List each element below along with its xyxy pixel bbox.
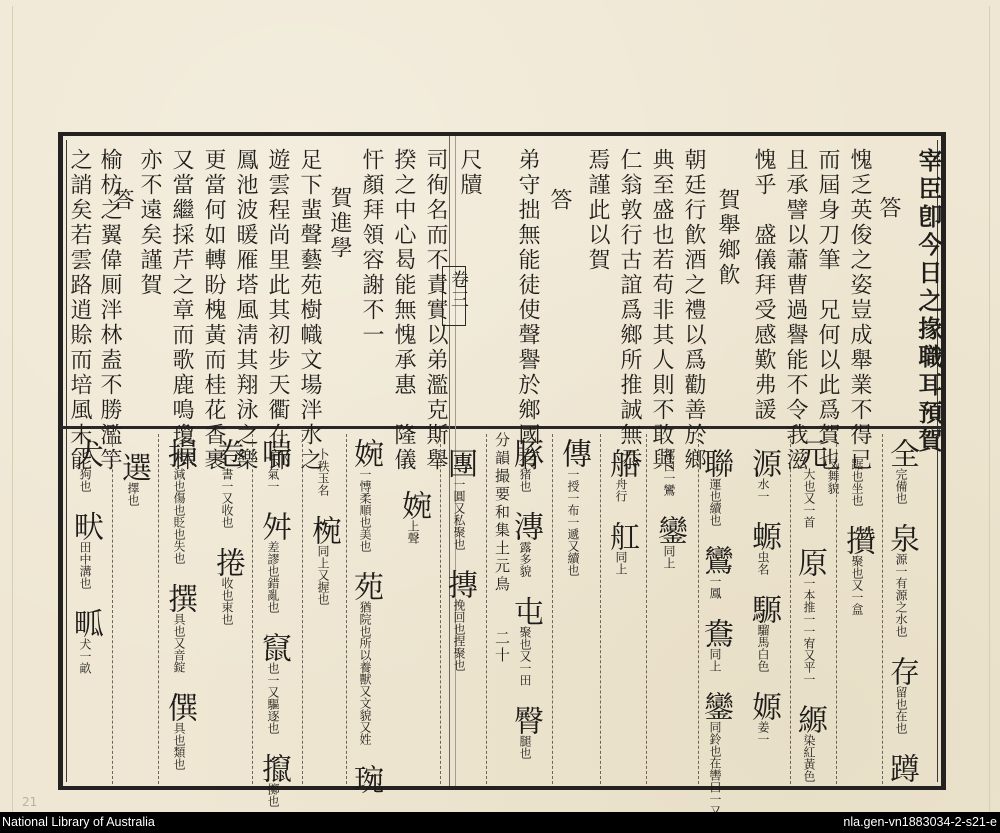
- text-column: 遊雲程尚里此其初步天衢在郎: [266, 148, 288, 473]
- gloss: 書一又收也: [220, 468, 233, 528]
- gloss: 田中溝也: [78, 541, 91, 589]
- text-column: 更當何如轉盼槐黃而桂花香裹: [202, 148, 224, 473]
- gloss: 一鳳: [708, 575, 721, 599]
- gloss: 運也續也: [708, 478, 721, 526]
- headword: 卷: [210, 438, 245, 468]
- text-column: 弟守拙無能徒使聲譽於鄉國有: [516, 148, 538, 473]
- gloss: 聚也又一田: [518, 626, 531, 686]
- gloss: 同上: [708, 648, 721, 672]
- gloss: 差謬也錯亂也: [266, 541, 279, 613]
- gloss: 踞也坐也: [850, 458, 863, 506]
- gloss: 駕曰一鸞: [662, 448, 675, 496]
- dictionary-column: 婉一愽柔順也美也 苑猶院也所以養獸又文貌又姓 琬: [350, 438, 380, 794]
- column-rule: [790, 434, 791, 784]
- column-rule: [440, 434, 441, 784]
- text-column: 賀進學: [328, 186, 350, 261]
- headword: 僎: [162, 692, 197, 722]
- headword: 喘: [256, 438, 291, 468]
- gloss: 也一又驅逐也: [266, 662, 279, 734]
- item-identifier: nla.gen-vn1883034-2-s21-e: [843, 815, 997, 829]
- column-rule: [252, 434, 253, 784]
- gloss: 卜秩玉名: [316, 448, 329, 496]
- column-rule: [486, 434, 487, 784]
- text-column: 愧乎 盛儀拜受感歎弗諼: [752, 148, 774, 423]
- gloss: 露多貌: [518, 541, 531, 577]
- dictionary-column: 全完備也 泉源一有源之水也 存留也在也 蹲: [886, 438, 916, 783]
- text-column: 之誚矣若雲路逍賒而培風未能: [68, 148, 90, 473]
- column-rule: [882, 434, 883, 784]
- gloss: 猪也: [518, 468, 531, 492]
- gloss: 一愽柔順也美也: [358, 468, 371, 552]
- gloss: 同上又握也: [316, 545, 329, 605]
- headword: 摶: [442, 569, 477, 599]
- gloss: 染紅黃色: [802, 734, 815, 782]
- column-rule: [302, 434, 303, 784]
- institution-credit: National Library of Australia: [2, 815, 155, 829]
- headword: 婉: [348, 438, 383, 468]
- text-column: 愧乏英俊之姿豈成舉業不得已: [848, 148, 870, 473]
- juan-marker: 卷三: [445, 270, 471, 310]
- gloss: 完備也: [894, 468, 907, 504]
- dictionary-column: 駕曰一鸞 鑾同上: [654, 448, 684, 569]
- headword: 騵: [746, 594, 781, 624]
- rhyme-header: 婉上聲: [398, 490, 428, 544]
- gloss: 舟行: [614, 478, 627, 502]
- text-column: 而屆身刀筆 兄何以此爲賀也: [816, 148, 838, 473]
- gloss: 同上: [662, 545, 675, 569]
- headword: 船: [604, 448, 639, 478]
- text-column: 賀舉鄉飮: [716, 188, 738, 288]
- headword: 存: [884, 656, 919, 686]
- dictionary-column: 傳一授一布一遞又續也: [558, 438, 588, 576]
- text-column: 鳳池波暖雁塔風淸其翔泳之樂: [234, 148, 256, 473]
- text-column: 又當繼採芹之章而歌鹿鳴瓊林: [170, 148, 192, 473]
- column-rule: [646, 434, 647, 784]
- gloss: 留也在也: [894, 686, 907, 734]
- headword: 捲: [210, 547, 245, 577]
- headword: 屯: [508, 596, 543, 626]
- text-column: 足下蜚聲藝苑樹幟文場泮水之: [298, 148, 320, 473]
- dictionary-column: 卷書一又收也 捲收也束也: [212, 438, 242, 625]
- text-column: 揆之中心曷能無愧承惠 隆儀: [392, 148, 414, 473]
- dictionary-column: 元大也又一首 原一本推一一宥又平一 縓染紅黃色: [794, 438, 824, 782]
- headword: 琬: [348, 764, 383, 794]
- column-rule: [552, 434, 553, 784]
- gloss: 具也類也: [172, 722, 185, 770]
- gloss: 收也束也: [220, 577, 233, 625]
- text-column: 仁翁敦行古誼爲鄉所推誠無忝: [618, 148, 640, 473]
- column-rule: [600, 434, 601, 784]
- headword: 苑: [348, 571, 383, 601]
- column-rule: [698, 434, 699, 784]
- dictionary-column: 犬狗也 畎田中溝也 畖犬一畝: [70, 438, 100, 674]
- gloss: 腿也: [518, 735, 531, 759]
- footer-bar: National Library of Australia nla.gen-vn…: [0, 812, 1000, 833]
- column-rule: [346, 434, 347, 784]
- gloss: 猶院也所以養獸又文貌又姓: [358, 601, 371, 745]
- dictionary-column: 聯運也續也 鸞一鳳 鴦同上 鑾同鈴也在轡曰一又帝: [700, 448, 730, 829]
- headword: 縓: [792, 704, 827, 734]
- gloss: 擇也: [126, 482, 139, 506]
- headword: 泉: [884, 523, 919, 553]
- headword: 鸞: [698, 545, 733, 575]
- dictionary-column: 源水一 螈虫名 騵騮馬白色 嫄姜一: [748, 448, 778, 745]
- gloss: 姜一: [756, 721, 769, 745]
- gloss: 犬一畝: [78, 638, 91, 674]
- text-column: 尺牘: [458, 148, 480, 198]
- text-column: 朝廷行飮酒之禮以爲勸善於鄉: [682, 148, 704, 473]
- headword: 全: [884, 438, 919, 468]
- dictionary-column: 團一圓又私聚也 摶挽回也捏聚也: [444, 448, 474, 671]
- gloss: 一本推一一宥又平一: [802, 577, 815, 685]
- gloss: 減也傷也貶也失也: [172, 468, 185, 564]
- headword: 犬: [68, 438, 103, 468]
- headword: 螈: [746, 521, 781, 551]
- dictionary-column: 踞也坐也 攢聚也又一盒: [842, 458, 872, 615]
- gloss: 氣一: [266, 468, 279, 492]
- headword: 畖: [68, 608, 103, 638]
- headword: 嫄: [746, 691, 781, 721]
- gloss: 騮馬白色: [756, 624, 769, 672]
- gloss: 一授一布一遞又續也: [566, 468, 579, 576]
- headword: 攛: [256, 753, 291, 783]
- headword: 撰: [162, 583, 197, 613]
- text-column: 亦不遠矣謹賀: [138, 148, 160, 298]
- gloss: 水一: [756, 478, 769, 502]
- dictionary-column: 船舟行 舡同上: [606, 448, 636, 575]
- dictionary-column: 選擇也: [118, 452, 148, 506]
- text-column: 焉謹此以賀: [586, 148, 608, 273]
- column-rule: [158, 434, 159, 784]
- text-column: 榆枋之翼偉厠泮林盍不勝濫竽: [98, 148, 120, 473]
- headword: 元: [792, 438, 827, 468]
- headword: 蹲: [884, 753, 919, 783]
- dictionary-column: 損減也傷也貶也失也 撰具也又音錠 僎具也類也: [164, 438, 194, 770]
- text-column: 宰臣卽今日之掾職耳預賀: [916, 148, 940, 456]
- headword: 源: [746, 448, 781, 478]
- headword: 舡: [604, 521, 639, 551]
- headword: 竄: [256, 632, 291, 662]
- gloss: 挽回也捏聚也: [452, 599, 465, 671]
- gloss: 虫名: [756, 551, 769, 575]
- gloss: 擲也: [266, 783, 279, 807]
- gloss: 狗也: [78, 468, 91, 492]
- headword: 鑾: [652, 515, 687, 545]
- text-column: 答: [877, 196, 899, 221]
- headword: 婉: [396, 490, 431, 520]
- gloss: 一圓又私聚也: [452, 478, 465, 550]
- headword: 臀: [508, 705, 543, 735]
- gloss: 聚也又一盒: [850, 555, 863, 615]
- gloss: 具也又音錠: [172, 613, 185, 673]
- headword: 舛: [256, 511, 291, 541]
- headword: 鴦: [698, 618, 733, 648]
- column-rule: [112, 434, 113, 784]
- text-column: 答: [548, 188, 570, 213]
- headword: 椀: [306, 515, 341, 545]
- pencil-page-mark: 21: [22, 795, 37, 809]
- headword: 漙: [508, 511, 543, 541]
- headword: 豚: [508, 438, 543, 468]
- dictionary-column: 豚猪也 漙露多貌 屯聚也又一田 臀腿也: [510, 438, 540, 759]
- headword: 攢: [840, 525, 875, 555]
- headword: 損: [162, 438, 197, 468]
- text-column: 司徇名而不責實以弟濫克斯舉: [424, 148, 446, 473]
- headword: 聯: [698, 448, 733, 478]
- headword: 選: [116, 452, 151, 482]
- headword: 原: [792, 547, 827, 577]
- text-column: 典至盛也若苟非其人則不敢與: [650, 148, 672, 473]
- dictionary-column: 卜秩玉名 椀同上又握也: [308, 448, 338, 605]
- gloss: 又舞貌: [826, 458, 839, 494]
- headword: 鑾: [698, 691, 733, 721]
- headword: 畎: [68, 511, 103, 541]
- text-column: 忓顏拜領容謝不一: [360, 148, 382, 348]
- dictionary-column: 喘氣一 舛差謬也錯亂也 竄也一又驅逐也 攛擲也: [258, 438, 288, 807]
- gloss: 大也又一首: [802, 468, 815, 528]
- gloss: 同上: [614, 551, 627, 575]
- headword: 團: [442, 448, 477, 478]
- gloss: 源一有源之水也: [894, 553, 907, 637]
- gloss: 上聲: [406, 520, 419, 544]
- text-column: 且承譬以蕭曹過譽能不令我滋: [784, 148, 806, 473]
- headword: 傳: [556, 438, 591, 468]
